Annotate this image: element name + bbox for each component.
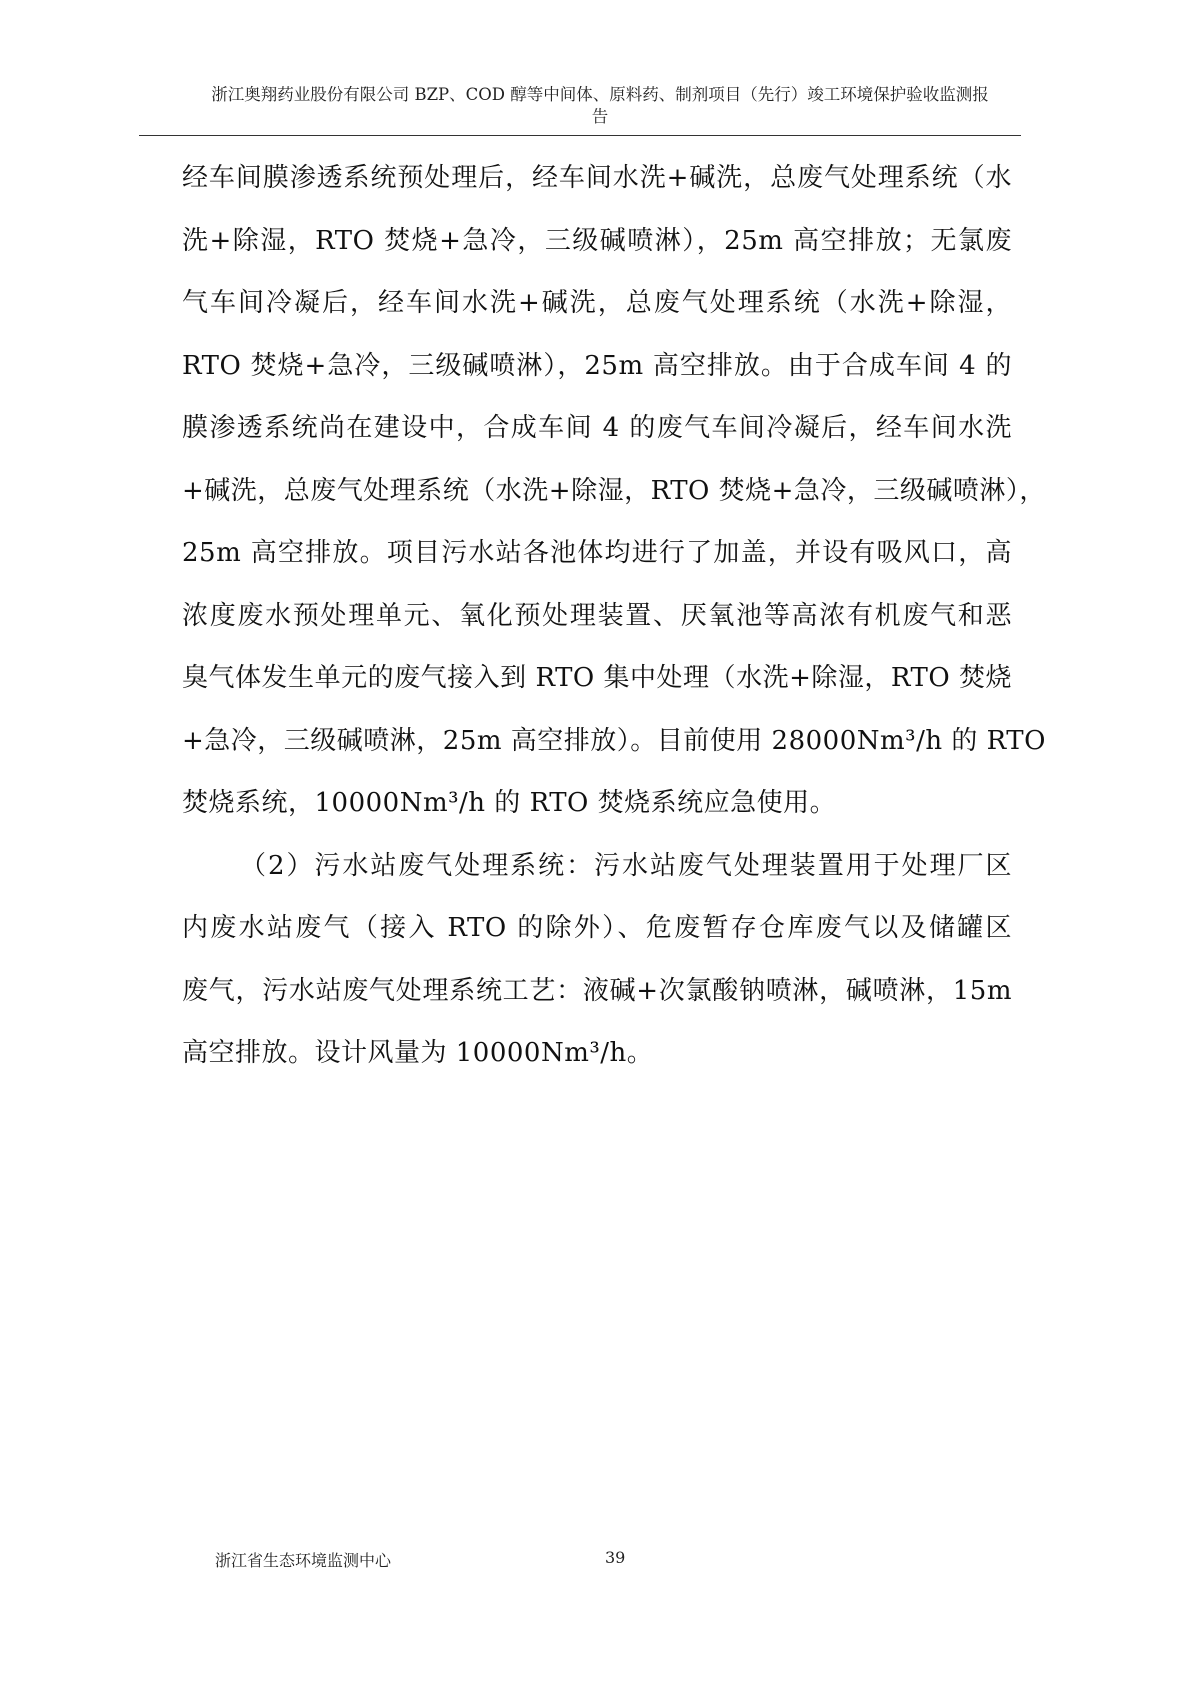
text-line: 经车间膜渗透系统预处理后，经车间水洗+碱洗，总废气处理系统（水 (182, 147, 1012, 210)
text-line: 膜渗透系统尚在建设中，合成车间 4 的废气车间冷凝后，经车间水洗 (182, 397, 1012, 460)
text-line: 25m 高空排放。项目污水站各池体均进行了加盖，并设有吸风口，高 (182, 522, 1012, 585)
text-line: 臭气体发生单元的废气接入到 RTO 集中处理（水洗+除湿，RTO 焚烧 (182, 647, 1012, 710)
text-line: （2）污水站废气处理系统：污水站废气处理装置用于处理厂区 (182, 835, 1012, 898)
header-title-line2: 告 (170, 106, 1030, 128)
header-title-line1: 浙江奥翔药业股份有限公司 BZP、COD 醇等中间体、原料药、制剂项目（先行）竣… (170, 84, 1030, 106)
body-text: 经车间膜渗透系统预处理后，经车间水洗+碱洗，总废气处理系统（水 洗+除湿，RTO… (182, 147, 1012, 1085)
text-line: 浓度废水预处理单元、氧化预处理装置、厌氧池等高浓有机废气和恶 (182, 585, 1012, 648)
text-line: 焚烧系统，10000Nm³/h 的 RTO 焚烧系统应急使用。 (182, 772, 1012, 835)
text-line: +急冷，三级碱喷淋，25m 高空排放）。目前使用 28000Nm³/h 的 RT… (182, 710, 1012, 773)
text-line: 高空排放。设计风量为 10000Nm³/h。 (182, 1022, 1012, 1085)
text-line: +碱洗，总废气处理系统（水洗+除湿，RTO 焚烧+急冷，三级碱喷淋）， (182, 460, 1012, 523)
text-line: 废气，污水站废气处理系统工艺：液碱+次氯酸钠喷淋，碱喷淋，15m (182, 960, 1012, 1023)
running-header: 浙江奥翔药业股份有限公司 BZP、COD 醇等中间体、原料药、制剂项目（先行）竣… (170, 84, 1030, 128)
footer-organization: 浙江省生态环境监测中心 (215, 1548, 391, 1571)
paragraph-1: 经车间膜渗透系统预处理后，经车间水洗+碱洗，总废气处理系统（水 洗+除湿，RTO… (182, 147, 1012, 835)
text-line: 洗+除湿，RTO 焚烧+急冷，三级碱喷淋），25m 高空排放；无氯废 (182, 210, 1012, 273)
text-line: 内废水站废气（接入 RTO 的除外）、危废暂存仓库废气以及储罐区 (182, 897, 1012, 960)
text-line: 气车间冷凝后，经车间水洗+碱洗，总废气处理系统（水洗+除湿， (182, 272, 1012, 335)
text-line: RTO 焚烧+急冷，三级碱喷淋），25m 高空排放。由于合成车间 4 的 (182, 335, 1012, 398)
page-number: 39 (605, 1548, 625, 1567)
header-divider (139, 135, 1021, 136)
paragraph-2: （2）污水站废气处理系统：污水站废气处理装置用于处理厂区 内废水站废气（接入 R… (182, 835, 1012, 1085)
